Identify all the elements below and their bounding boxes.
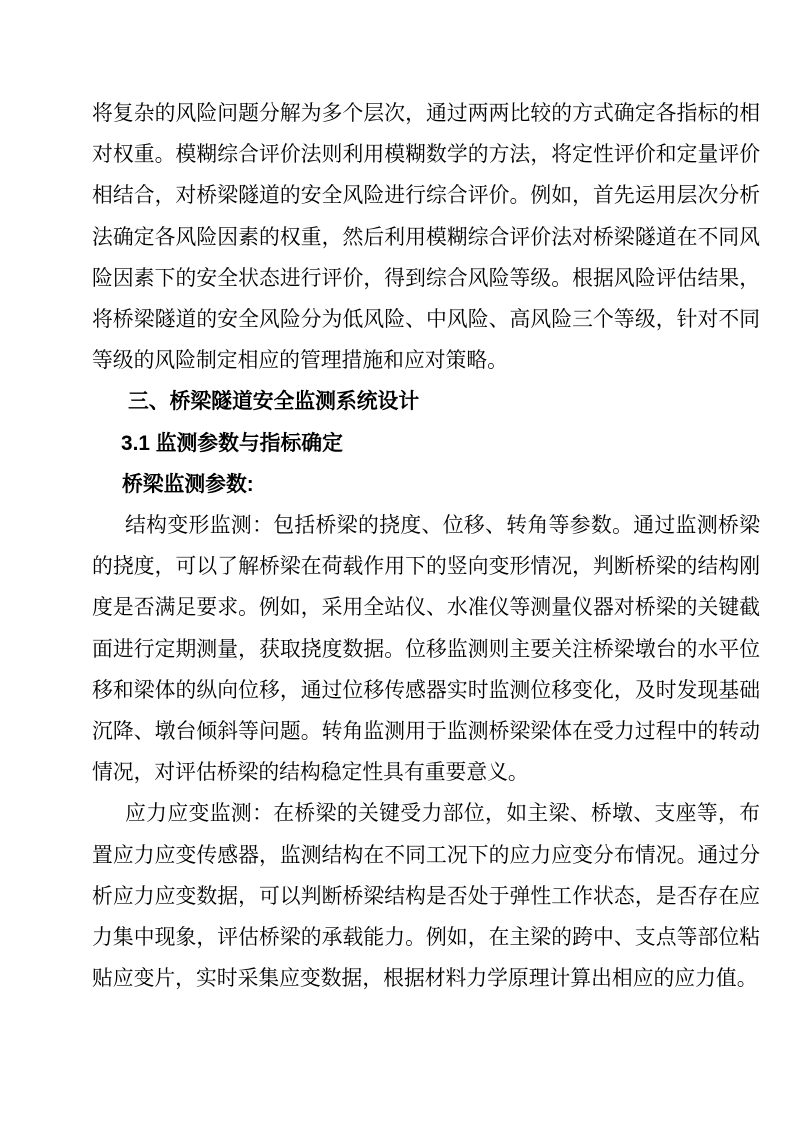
- paragraph-risk-assessment: 将复杂的风险问题分解为多个层次，通过两两比较的方式确定各指标的相对权重。模糊综合…: [92, 93, 760, 381]
- document-content: 将复杂的风险问题分解为多个层次，通过两两比较的方式确定各指标的相对权重。模糊综合…: [92, 93, 760, 999]
- subsection-heading: 3.1 监测参数与指标确定: [92, 423, 760, 464]
- paragraph-deformation-monitoring: 结构变形监测：包括桥梁的挠度、位移、转角等参数。通过监测桥梁的挠度，可以了解桥梁…: [92, 505, 760, 793]
- section-heading: 三、桥梁隧道安全监测系统设计: [92, 381, 760, 422]
- document-page: 将复杂的风险问题分解为多个层次，通过两两比较的方式确定各指标的相对权重。模糊综合…: [0, 0, 793, 1122]
- bridge-monitoring-params-label: 桥梁监测参数:: [92, 464, 760, 505]
- paragraph-stress-strain-monitoring: 应力应变监测：在桥梁的关键受力部位，如主梁、桥墩、支座等，布置应力应变传感器，监…: [92, 793, 760, 999]
